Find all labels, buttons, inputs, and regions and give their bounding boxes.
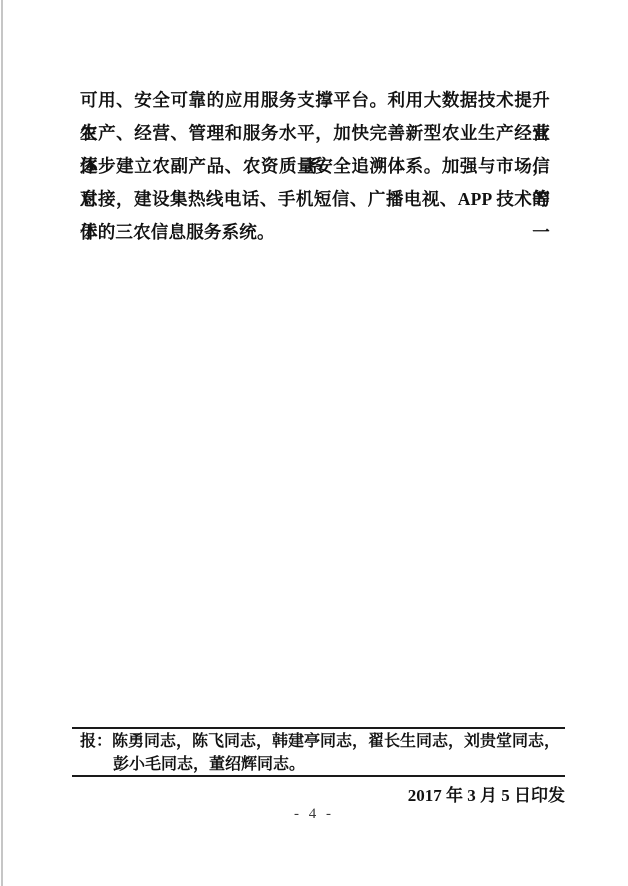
print-date: 2017 年 3 月 5 日印发 <box>408 781 565 806</box>
copy-recipients-line: 彭小毛同志，董绍辉同志。 <box>113 754 565 777</box>
copy-recipients-label: 报： <box>80 733 112 750</box>
scan-edge-artifact <box>1 0 3 886</box>
body-line: 逐步建立农副产品、农资质量安全追溯体系。加强与市场信息的 <box>80 150 550 183</box>
body-line: 可用、安全可靠的应用服务支撑平台。利用大数据技术提升农业 <box>80 84 550 117</box>
body-line: 对接，建设集热线电话、手机短信、广播电视、APP 技术等于一 <box>80 183 550 216</box>
body-paragraph: 可用、安全可靠的应用服务支撑平台。利用大数据技术提升农业 生产、经营、管理和服务… <box>80 84 550 249</box>
copy-recipients-line: 报：陈勇同志，陈飞同志，韩建亭同志，翟长生同志，刘贵堂同志， <box>80 731 565 754</box>
body-line: 生产、经营、管理和服务水平，加快完善新型农业生产经营体系， <box>80 117 550 150</box>
footer-separator-bottom <box>72 775 565 777</box>
copy-recipients-block: 报：陈勇同志，陈飞同志，韩建亭同志，翟长生同志，刘贵堂同志， 彭小毛同志，董绍辉… <box>80 731 565 776</box>
copy-recipients-names: 陈勇同志，陈飞同志，韩建亭同志，翟长生同志，刘贵堂同志， <box>112 733 560 750</box>
document-page: 可用、安全可靠的应用服务支撑平台。利用大数据技术提升农业 生产、经营、管理和服务… <box>0 0 628 886</box>
footer-separator-top <box>72 727 565 729</box>
page-number: - 4 - <box>0 806 628 823</box>
